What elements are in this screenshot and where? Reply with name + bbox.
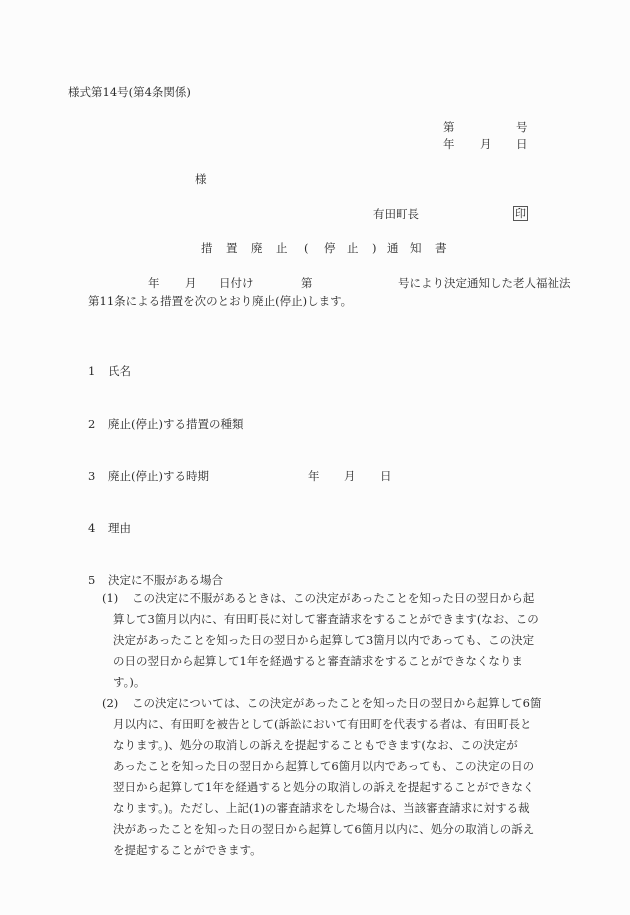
appeal-2-line-6: なります。)。ただし、上記(1)の審査請求をした場合は、当該審査請求に対する裁 [113, 803, 530, 815]
item-3-year: 年 [308, 471, 320, 483]
date-month: 月 [480, 139, 492, 151]
item-2: 2廃止(停止)する措置の種類 [88, 419, 243, 431]
appeal-2-line-8: を提起することができます。 [113, 845, 262, 857]
item-5-label: 決定に不服がある場合 [108, 573, 223, 587]
appeal-2-line-3: なります。)、処分の取消しの訴えを提起することもできます(なお、この決定が [113, 740, 518, 752]
appeal-1-num: (1) [102, 593, 118, 605]
number-suffix: 号 [516, 122, 528, 134]
document-title: 措置廃止(停止)通知書 [201, 243, 447, 255]
issuer-name: 有田町長 [373, 209, 419, 221]
appeal-1-line-3: 決定があったことを知った日の翌日から起算して3箇月以内であっても、この決定 [113, 635, 534, 647]
item-3: 3廃止(停止)する時期 [88, 471, 209, 483]
appeal-2-line-5: 翌日から起算して1年を経過すると処分の取消しの訴えを提起することができなく [113, 782, 534, 794]
appeal-2-line-4: あったことを知った日の翌日から起算して6箇月以内であっても、この決定の日の [113, 761, 534, 773]
item-4: 4理由 [88, 523, 131, 535]
item-1: 1氏名 [88, 366, 131, 378]
seal-mark: 印 [513, 206, 528, 221]
date-year: 年 [443, 139, 455, 151]
intro-day-dated: 日付け [219, 278, 254, 290]
appeal-1-line-1: この決定に不服があるときは、この決定があったことを知った日の翌日から起 [132, 593, 534, 605]
intro-month: 月 [185, 278, 197, 290]
item-3-day: 日 [380, 471, 392, 483]
seal-icon: 印 [513, 206, 528, 221]
item-3-label: 廃止(停止)する時期 [108, 469, 209, 483]
appeal-2-line-7: 決があったことを知った日の翌日から起算して6箇月以内に、処分の取消しの訴え [113, 824, 534, 836]
item-4-label: 理由 [108, 521, 131, 535]
intro-line1-rest: 号により決定通知した老人福祉法 [398, 278, 571, 290]
appeal-2-line-1: この決定については、この決定があったことを知った日の翌日から起算して6箇 [132, 698, 541, 710]
item-2-label: 廃止(停止)する措置の種類 [108, 417, 243, 431]
intro-year: 年 [148, 278, 160, 290]
appeal-1-line-2: 算して3箇月以内に、有田町長に対して審査請求をすることができます(なお、この [113, 614, 539, 626]
number-prefix: 第 [443, 122, 455, 134]
appeal-1-line-4: の日の翌日から起算して1年を経過すると審査請求をすることができなくなりま [113, 656, 523, 668]
appeal-2-num: (2) [102, 698, 118, 710]
intro-line2: 第11条による措置を次のとおり廃止(停止)します。 [88, 296, 352, 308]
appeal-1-line-5: す。)。 [113, 677, 145, 689]
item-3-month: 月 [344, 471, 356, 483]
intro-number-prefix: 第 [301, 278, 313, 290]
form-label: 様式第14号(第4条関係) [68, 87, 191, 99]
item-5: 5決定に不服がある場合 [88, 575, 223, 587]
addressee-suffix: 様 [195, 174, 207, 186]
date-day: 日 [516, 139, 528, 151]
appeal-2-line-2: 月以内に、有田町を被告として(訴訟において有田町を代表する者は、有田町長と [113, 719, 531, 731]
item-1-label: 氏名 [108, 364, 131, 378]
